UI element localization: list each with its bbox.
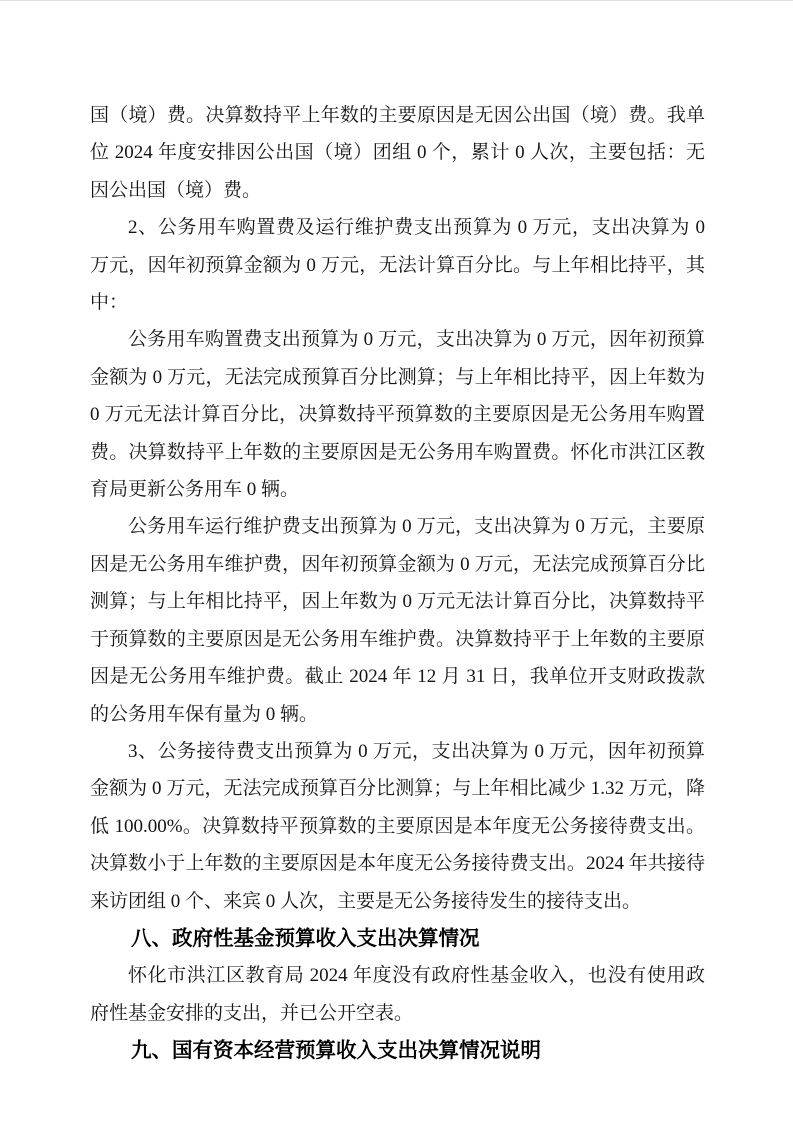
section-heading-state-capital-budget: 九、国有资本经营预算收入支出决算情况说明 (90, 1032, 705, 1069)
paragraph-overseas-trips-continued: 国（境）费。决算数持平上年数的主要原因是无因公出国（境）费。我单位 2024 年… (90, 97, 705, 209)
paragraph-government-fund-statement: 怀化市洪江区教育局 2024 年度没有政府性基金收入，也没有使用政府性基金安排的… (90, 957, 705, 1032)
paragraph-vehicle-purchase-and-maintenance-summary: 2、公务用车购置费及运行维护费支出预算为 0 万元，支出决算为 0 万元，因年初… (90, 209, 705, 321)
paragraph-vehicle-maintenance-detail: 公务用车运行维护费支出预算为 0 万元，支出决算为 0 万元，主要原因是无公务用… (90, 508, 705, 732)
section-heading-government-fund-budget: 八、政府性基金预算收入支出决算情况 (90, 920, 705, 957)
document-page: 国（境）费。决算数持平上年数的主要原因是无因公出国（境）费。我单位 2024 年… (0, 0, 793, 1122)
paragraph-vehicle-purchase-detail: 公务用车购置费支出预算为 0 万元，支出决算为 0 万元，因年初预算金额为 0 … (90, 321, 705, 508)
paragraph-official-reception-expense: 3、公务接待费支出预算为 0 万元，支出决算为 0 万元，因年初预算金额为 0 … (90, 733, 705, 920)
